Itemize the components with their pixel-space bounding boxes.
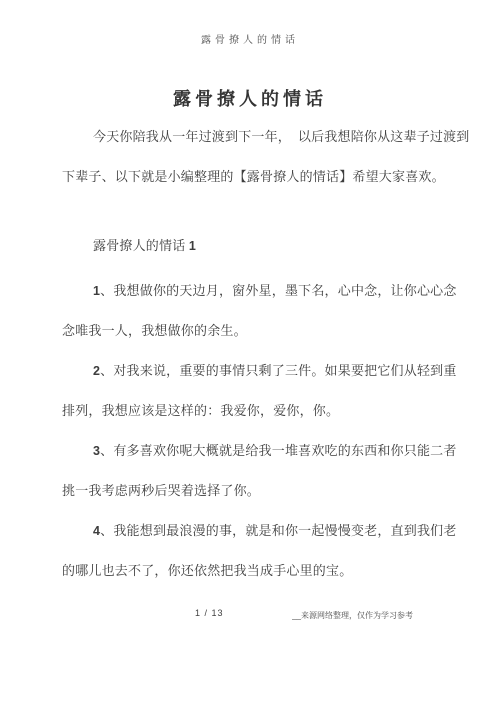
item-number: 2 [93,364,100,378]
section-heading: 露骨撩人的情话 1 [62,226,472,267]
paragraph-line: 1、我想做你的天边月，窗外星，墨下名，心中念，让你心心念 [62,271,472,312]
item-number: 3 [93,444,100,458]
paragraph-line: 今天你陪我从一年过渡到下一年， 以后我想陪你从这辈子过渡到 [62,117,472,157]
paragraph-line: 4、我能想到最浪漫的事，就是和你一起慢慢变老，直到我们老 [62,511,472,552]
running-header-title: 露骨撩人的情话 [0,31,500,46]
paragraph: 4、我能想到最浪漫的事，就是和你一起慢慢变老，直到我们老的哪儿也去不了，你还依然… [62,511,472,591]
page-number: 1 / 13 [195,608,224,618]
paragraph-line: 露骨撩人的情话 1 [62,226,472,267]
source-note: __来源网络整理，仅作为学习参考 [292,610,413,621]
item-number: 1 [93,284,100,298]
paragraph-line: 的哪儿也去不了，你还依然把我当成手心里的宝。 [62,551,472,591]
item-number: 1 [189,239,196,253]
document-page: 露骨撩人的情话 露骨撩人的情话 今天你陪我从一年过渡到下一年， 以后我想陪你从这… [0,0,500,707]
paragraph: 1、我想做你的天边月，窗外星，墨下名，心中念，让你心心念念唯我一人，我想做你的余… [62,271,472,351]
paragraph-line: 排列，我想应该是这样的：我爱你，爱你，你。 [62,391,472,431]
item-number: 4 [93,524,100,538]
document-title: 露骨撩人的情话 [0,85,500,111]
paragraph-line: 挑一我考虑两秒后哭着选择了你。 [62,471,472,511]
paragraph-line: 2、对我来说，重要的事情只剩了三件。如果要把它们从轻到重 [62,351,472,392]
paragraph-line: 下辈子、以下就是小编整理的【露骨撩人的情话】希望大家喜欢。 [62,157,472,197]
document-body: 今天你陪我从一年过渡到下一年， 以后我想陪你从这辈子过渡到下辈子、以下就是小编整… [62,117,472,591]
page-footer: 1 / 13 __来源网络整理，仅作为学习参考 [0,608,500,624]
paragraph: 2、对我来说，重要的事情只剩了三件。如果要把它们从轻到重排列，我想应该是这样的：… [62,351,472,431]
paragraph: 今天你陪我从一年过渡到下一年， 以后我想陪你从这辈子过渡到下辈子、以下就是小编整… [62,117,472,196]
paragraph: 3、有多喜欢你呢大概就是给我一堆喜欢吃的东西和你只能二者挑一我考虑两秒后哭着选择… [62,431,472,511]
paragraph-line: 念唯我一人，我想做你的余生。 [62,311,472,351]
paragraph-line: 3、有多喜欢你呢大概就是给我一堆喜欢吃的东西和你只能二者 [62,431,472,472]
